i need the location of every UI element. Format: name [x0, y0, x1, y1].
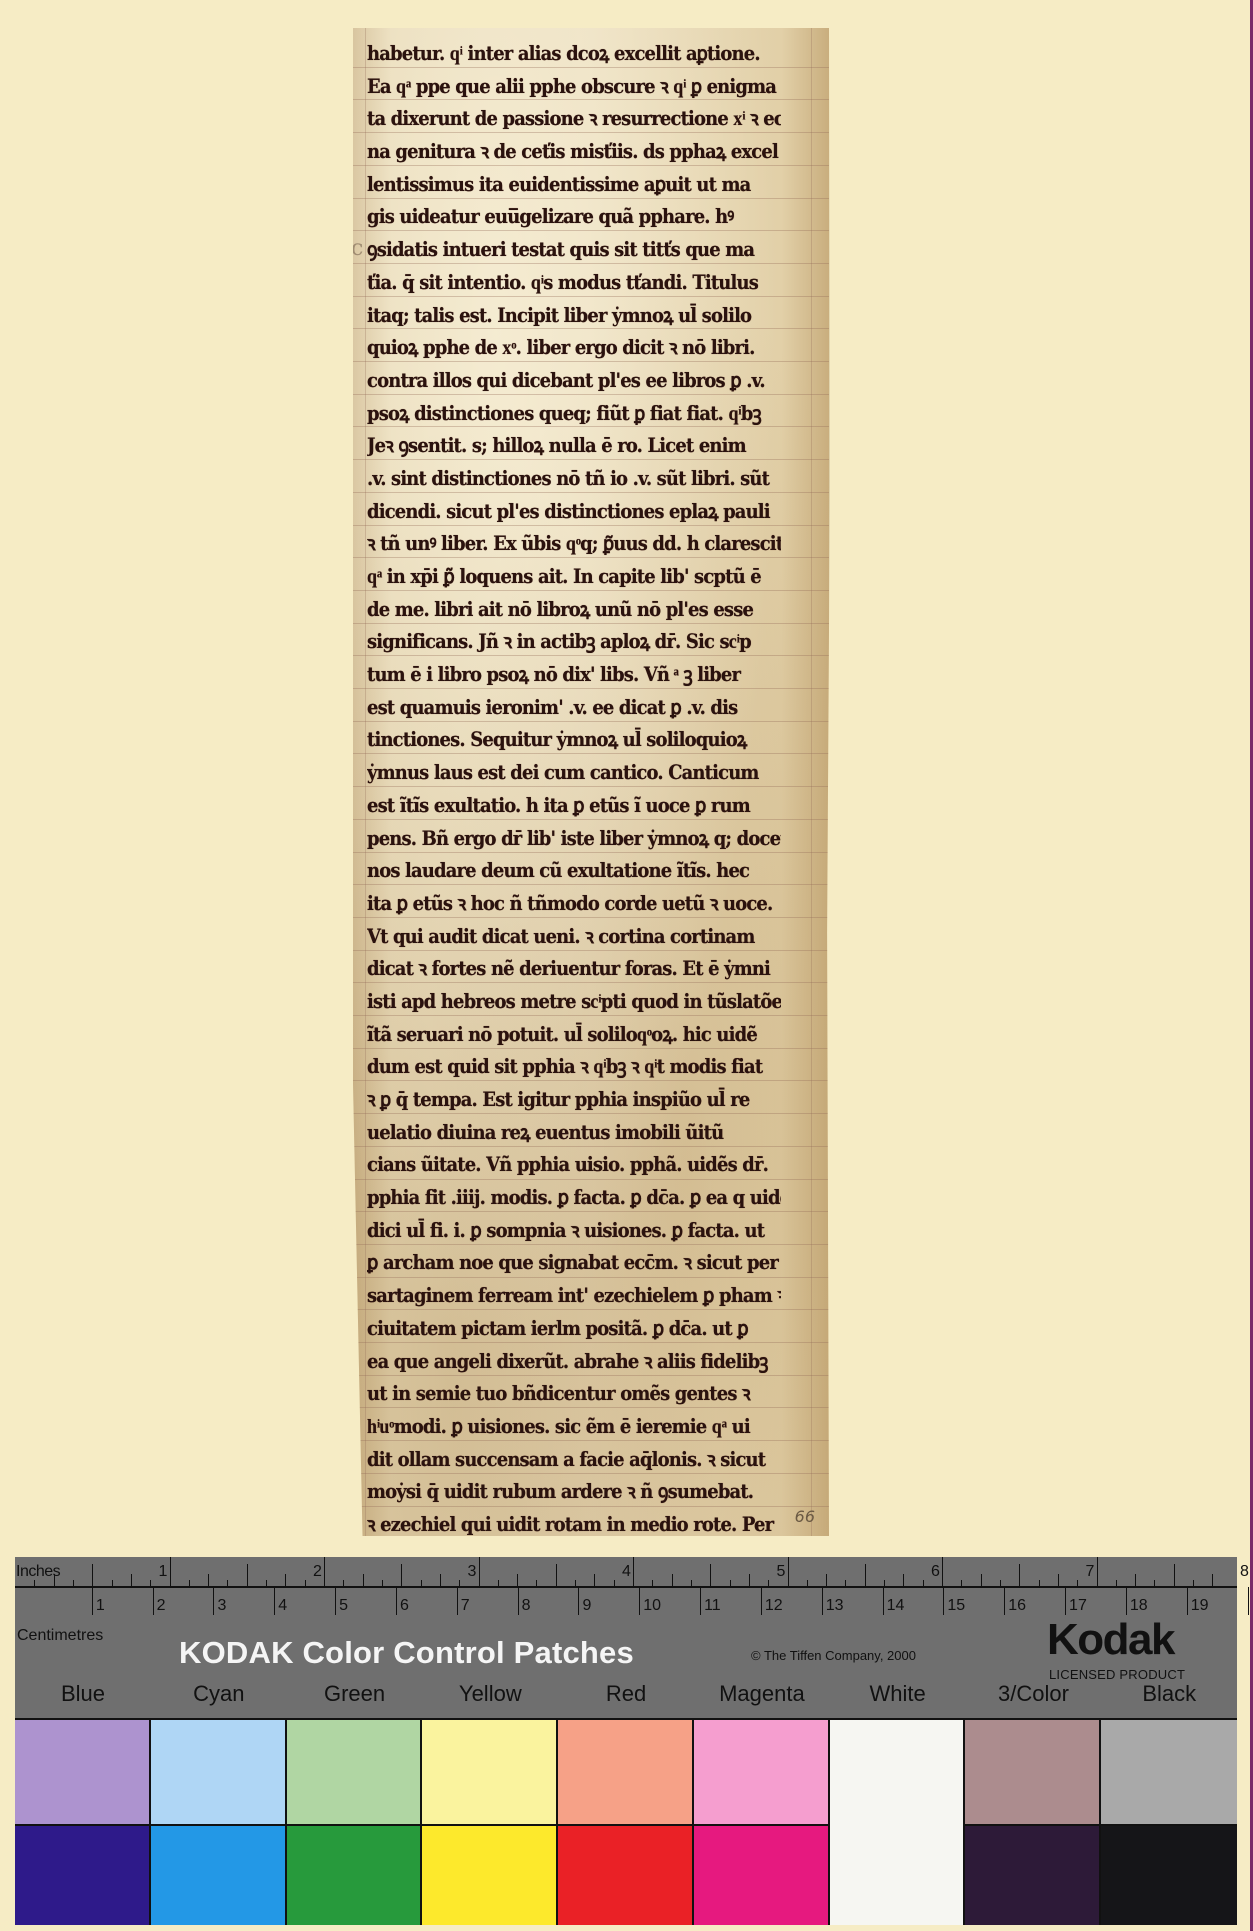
manuscript-line: pens. Bñ ergo dr̄ lib' iste liber ẏmnoꝝ … — [367, 823, 781, 856]
cm-tick — [92, 1587, 93, 1615]
manuscript-fragment: c habetur. qͥ inter alias dcoꝝ excellit … — [353, 28, 829, 1536]
manuscript-line: na genitura ꝛ de ceťis misťiis. ds pphaꝝ… — [367, 136, 781, 169]
manuscript-line: ꝛ ezechiel qui uidit rotam in medio rote… — [367, 1509, 781, 1542]
color-patch-red-top — [558, 1720, 694, 1826]
cm-tick-label: 5 — [339, 1597, 348, 1615]
cm-tick-label: 6 — [400, 1597, 409, 1615]
inch-tick-label: 8 — [1240, 1563, 1249, 1581]
inch-tick — [1077, 1580, 1078, 1586]
inch-tick — [1097, 1557, 1098, 1586]
manuscript-line: Ea qͣ ppe que alii pphe obscure ꝛ qͥ ꝑ e… — [367, 71, 781, 104]
kodak-logo: Kodak — [1047, 1615, 1174, 1665]
cm-tick — [274, 1587, 275, 1615]
inch-tick — [903, 1574, 904, 1586]
manuscript-line: pphia fit .iiij. modis. ꝑ facta. ꝑ dc̄a.… — [367, 1182, 781, 1215]
cm-tick — [700, 1587, 701, 1615]
inch-tick-label: 3 — [468, 1563, 477, 1581]
patch-label-3-color: 3/Color — [965, 1681, 1101, 1707]
inch-tick — [343, 1580, 344, 1586]
inch-tick — [536, 1580, 537, 1586]
inch-tick — [73, 1580, 74, 1586]
manuscript-line: ẏmnus laus est dei cum cantico. Canticum — [367, 757, 781, 790]
inch-tick — [1212, 1574, 1213, 1586]
inch-tick — [285, 1574, 286, 1586]
inch-tick — [845, 1580, 846, 1586]
cm-tick — [1004, 1587, 1005, 1615]
cm-tick-label: 7 — [461, 1597, 470, 1615]
inch-tick-label: 1 — [159, 1563, 168, 1581]
cm-tick-label: 14 — [887, 1597, 905, 1615]
color-patch-black-bottom — [1101, 1826, 1237, 1925]
color-patch-yellow-top — [422, 1720, 558, 1826]
inch-tick — [672, 1574, 673, 1586]
manuscript-line: ꝛ tñ unꝰ liber. Ex ũbis qͦq; ꝑ̃uus dd. h… — [367, 528, 781, 561]
inch-tick — [517, 1574, 518, 1586]
inch-tick — [730, 1580, 731, 1586]
manuscript-line: dum est quid sit pphia ꝛ qͥbꝫ ꝛ qͥt modi… — [367, 1051, 781, 1084]
inch-tick — [652, 1580, 653, 1586]
inch-tick-label: 4 — [622, 1563, 631, 1581]
cm-tick-label: 15 — [947, 1597, 965, 1615]
inch-tick — [788, 1557, 789, 1586]
manuscript-line: qͣ in xp̄i ꝑ̃ loquens ait. In capite lib… — [367, 561, 781, 594]
inch-tick — [34, 1580, 35, 1586]
cm-tick — [1126, 1587, 1127, 1615]
chart-title: KODAK Color Control Patches — [179, 1635, 634, 1671]
color-patch-blue-top — [15, 1720, 151, 1826]
patch-label-magenta: Magenta — [694, 1681, 830, 1707]
cm-tick-label: 11 — [704, 1597, 721, 1615]
inch-tick — [1058, 1574, 1059, 1586]
inch-tick — [884, 1580, 885, 1586]
manuscript-text: habetur. qͥ inter alias dcoꝝ excellit aꝑ… — [367, 38, 817, 1574]
centimetres-label: Centimetres — [17, 1627, 103, 1645]
inch-tick — [401, 1564, 402, 1586]
inch-tick — [227, 1580, 228, 1586]
cm-tick-label: 18 — [1130, 1597, 1148, 1615]
inch-tick — [150, 1580, 151, 1586]
color-patch-red-bottom — [558, 1826, 694, 1925]
cm-tick-label: 12 — [765, 1597, 783, 1615]
manuscript-line: de me. libri ait nō libroꝝ unũ nō pl'es … — [367, 594, 781, 627]
inch-tick — [170, 1557, 171, 1586]
manuscript-line: itaq; talis est. Incipit liber ẏmnoꝝ ul̄… — [367, 300, 781, 333]
cm-tick-label: 4 — [278, 1597, 287, 1615]
manuscript-line: ꝛ ꝑ q̄ tempa. Est igitur pphia inspiũo u… — [367, 1084, 781, 1117]
inch-tick-label: 5 — [777, 1563, 786, 1581]
cm-tick-label: 13 — [826, 1597, 844, 1615]
cm-tick — [1248, 1587, 1249, 1615]
manuscript-line: nos laudare deum cũ exultatione ĩtĩs. he… — [367, 855, 781, 888]
inch-tick — [1000, 1580, 1001, 1586]
color-patch-magenta-bottom — [694, 1826, 830, 1925]
inch-tick — [247, 1564, 248, 1586]
inch-tick — [266, 1580, 267, 1586]
inch-tick — [112, 1580, 113, 1586]
manuscript-line: contra illos qui dicebant pl'es ee libro… — [367, 365, 781, 398]
cm-tick-label: 1 — [96, 1597, 105, 1615]
manuscript-line: uelatio diuina reꝝ euentus imobili ũitũ — [367, 1117, 781, 1150]
inch-tick — [556, 1564, 557, 1586]
manuscript-line: tum ē i libro psoꝝ nō dix' libs. Vñ ͣ ꝫ … — [367, 659, 781, 692]
cm-tick-label: 19 — [1191, 1597, 1209, 1615]
cm-tick — [943, 1587, 944, 1615]
inch-tick — [440, 1574, 441, 1586]
manuscript-line: est ĩtĩs exultatio. h ita ꝑ etũs ĩ uoce … — [367, 790, 781, 823]
inch-tick — [1135, 1574, 1136, 1586]
cm-tick-label: 16 — [1008, 1597, 1026, 1615]
inch-tick — [826, 1574, 827, 1586]
manuscript-line: isti apd hebreos metre scͥpti quod in tũ… — [367, 986, 781, 1019]
manuscript-line: dici ul̄ fi. i. ꝑ sompnia ꝛ uisiones. ꝑ … — [367, 1215, 781, 1248]
manuscript-line: est quamuis ieronim' .v. ee dicat ꝑ .v. … — [367, 692, 781, 725]
inch-tick — [575, 1580, 576, 1586]
color-patch-cyan-bottom — [151, 1826, 287, 1925]
color-patch-cyan-top — [151, 1720, 287, 1826]
ruler-axis — [15, 1586, 1237, 1588]
inch-tick — [961, 1580, 962, 1586]
color-patch-white — [830, 1720, 966, 1925]
inch-tick — [208, 1574, 209, 1586]
manuscript-line: dit ollam succensam a facie aq̄lonis. ꝛ … — [367, 1444, 781, 1477]
inch-tick — [942, 1557, 943, 1586]
inch-tick — [498, 1580, 499, 1586]
inch-tick — [865, 1564, 866, 1586]
inch-tick — [189, 1580, 190, 1586]
inch-tick — [1019, 1564, 1020, 1586]
color-patch-3-color-top — [965, 1720, 1101, 1826]
manuscript-line: .v. sint distinctiones nō tñ io .v. sũt … — [367, 463, 781, 496]
inch-tick — [459, 1580, 460, 1586]
inch-tick — [710, 1564, 711, 1586]
patch-label-green: Green — [287, 1681, 423, 1707]
inch-tick — [981, 1574, 982, 1586]
folio-number: 66 — [795, 1507, 815, 1526]
manuscript-line: tinctiones. Sequitur ẏmnoꝝ ul̄ soliloqui… — [367, 724, 781, 757]
inch-tick — [131, 1574, 132, 1586]
cm-tick — [335, 1587, 336, 1615]
manuscript-line: ťia. q̄ sit intentio. qͥs modus tťandi. … — [367, 267, 781, 300]
color-patch-black-top — [1101, 1720, 1237, 1826]
inch-tick — [691, 1580, 692, 1586]
manuscript-line: significans. Jñ ꝛ in actibꝫ aploꝝ dr̄. S… — [367, 626, 781, 659]
inch-tick — [633, 1557, 634, 1586]
margin-pencil-mark: c — [351, 236, 363, 261]
color-patch-green-bottom — [287, 1826, 423, 1925]
cm-tick-label: 9 — [582, 1597, 591, 1615]
manuscript-line: ta dixerunt de passione ꝛ resurrectione … — [367, 103, 781, 136]
manuscript-line: cians ũitate. Vñ pphia uisio. pphã. uidẽ… — [367, 1149, 781, 1182]
cm-tick — [213, 1587, 214, 1615]
inch-tick — [92, 1564, 93, 1586]
manuscript-line: dicat ꝛ fortes nẽ deriuentur foras. Et ē… — [367, 953, 781, 986]
manuscript-line: ꝑ archam noe que signabat ecc̄m. ꝛ sicut… — [367, 1247, 781, 1280]
inch-tick — [479, 1557, 480, 1586]
cm-tick — [1065, 1587, 1066, 1615]
cm-tick-label: 2 — [157, 1597, 166, 1615]
cm-tick — [153, 1587, 154, 1615]
color-patch-3-color-bottom — [965, 1826, 1101, 1925]
cm-tick — [396, 1587, 397, 1615]
manuscript-line: sartaginem ferream int' ezechielem ꝑ pha… — [367, 1280, 781, 1313]
manuscript-line: quioꝝ pphe de xͦ. liber ergo dicit ꝛ nō … — [367, 332, 781, 365]
inch-tick — [363, 1574, 364, 1586]
manuscript-line: ita ꝑ etũs ꝛ hoc ñ tñmodo corde uetũ ꝛ u… — [367, 888, 781, 921]
cm-tick — [578, 1587, 579, 1615]
inch-tick — [1116, 1580, 1117, 1586]
inch-tick-label: 7 — [1086, 1563, 1095, 1581]
cm-tick — [639, 1587, 640, 1615]
inch-tick — [382, 1580, 383, 1586]
manuscript-line: habetur. qͥ inter alias dcoꝝ excellit aꝑ… — [367, 38, 781, 71]
inch-tick — [305, 1580, 306, 1586]
inch-tick — [54, 1574, 55, 1586]
cm-tick-label: 17 — [1069, 1597, 1087, 1615]
manuscript-line: ciuitatem pictam ierlm positã. ꝑ dc̄a. u… — [367, 1313, 781, 1346]
patch-label-white: White — [830, 1681, 966, 1707]
manuscript-line: Jeꝛ ꝯsentit. s; hilloꝝ nulla ē ro. Licet… — [367, 430, 781, 463]
manuscript-line: ea que angeli dixerũt. abrahe ꝛ aliis fi… — [367, 1346, 781, 1379]
cm-tick — [883, 1587, 884, 1615]
manuscript-line: ꝯsidatis intueri testat quis sit titťs q… — [367, 234, 781, 267]
manuscript-line: gis uideatur euu̅gelizare quã pphare. hꝰ — [367, 201, 781, 234]
inch-tick — [421, 1580, 422, 1586]
manuscript-line: ut in semie tuo bñdicentur omẽs gentes ꝛ — [367, 1378, 781, 1411]
manuscript-line: psoꝝ distinctiones queq; fiũt ꝑ fiat fia… — [367, 398, 781, 431]
cm-tick — [457, 1587, 458, 1615]
color-patch-magenta-top — [694, 1720, 830, 1826]
licensed-product-label: LICENSED PRODUCT — [1049, 1667, 1185, 1682]
copyright-notice: © The Tiffen Company, 2000 — [751, 1648, 916, 1663]
inch-tick — [594, 1574, 595, 1586]
patch-label-red: Red — [558, 1681, 694, 1707]
inch-tick — [614, 1580, 615, 1586]
inch-tick — [324, 1557, 325, 1586]
cm-tick — [761, 1587, 762, 1615]
patch-label-cyan: Cyan — [151, 1681, 287, 1707]
patch-label-blue: Blue — [15, 1681, 151, 1707]
cm-tick — [518, 1587, 519, 1615]
color-patch-blue-bottom — [15, 1826, 151, 1925]
inch-tick — [768, 1580, 769, 1586]
cm-tick — [1187, 1587, 1188, 1615]
inch-tick — [1193, 1580, 1194, 1586]
manuscript-line: hͥuͦmodi. ꝑ uisiones. sic ẽm ē ieremie q… — [367, 1411, 781, 1444]
ruling-line — [353, 1538, 829, 1539]
inch-tick — [807, 1580, 808, 1586]
cm-tick-label: 8 — [522, 1597, 531, 1615]
inch-tick — [1154, 1580, 1155, 1586]
inch-tick-label: 6 — [931, 1563, 940, 1581]
manuscript-line: Vt qui audit dicat ueni. ꝛ cortina corti… — [367, 921, 781, 954]
inch-tick — [923, 1580, 924, 1586]
manuscript-line: moẏsi q̄ uidit rubum ardere ꝛ ñ ꝯsumebat… — [367, 1476, 781, 1509]
patch-label-yellow: Yellow — [422, 1681, 558, 1707]
inch-tick — [749, 1574, 750, 1586]
inch-tick-label: 2 — [313, 1563, 322, 1581]
manuscript-line: ĩtã seruari nō potuit. ul̄ soliloqͦoꝝ. h… — [367, 1019, 781, 1052]
cm-tick-label: 10 — [643, 1597, 661, 1615]
color-patch-yellow-bottom — [422, 1826, 558, 1925]
inch-tick — [1174, 1564, 1175, 1586]
manuscript-line: lentissimus ita euidentissime aꝑuit ut m… — [367, 169, 781, 202]
kodak-color-chart: Inches 123456781234567891011121314151617… — [15, 1557, 1237, 1923]
patch-label-black: Black — [1101, 1681, 1237, 1707]
color-patches — [15, 1718, 1237, 1925]
color-patch-green-top — [287, 1720, 423, 1826]
cm-tick — [822, 1587, 823, 1615]
manuscript-line: dicendi. sicut pl'es distinctiones eplaꝝ… — [367, 496, 781, 529]
inch-tick — [1039, 1580, 1040, 1586]
patch-labels: BlueCyanGreenYellowRedMagentaWhite3/Colo… — [15, 1681, 1237, 1715]
cm-tick-label: 3 — [217, 1597, 226, 1615]
